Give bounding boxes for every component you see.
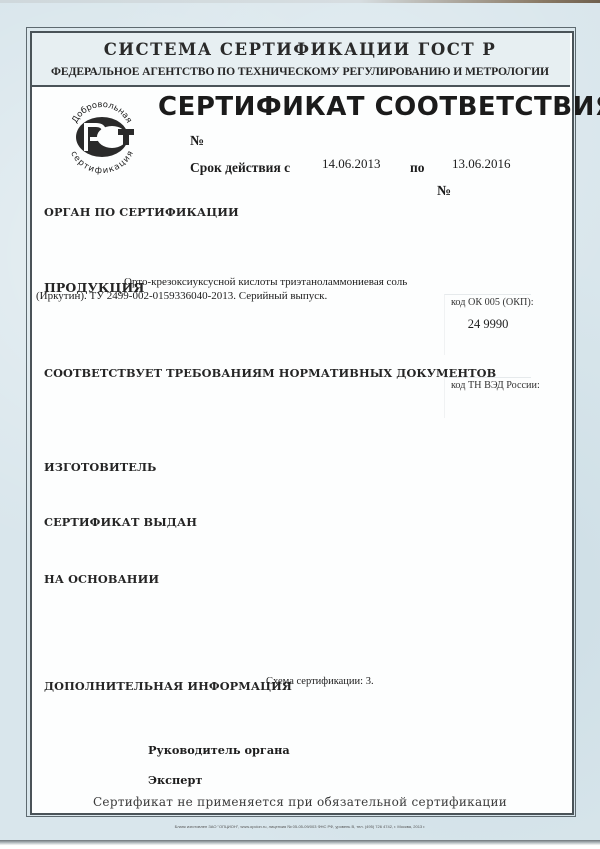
- blank-number-label: №: [437, 184, 451, 200]
- head-of-body-signature-label: Руководитель органа: [148, 743, 290, 757]
- okp-code-value: 24 9990: [445, 317, 531, 332]
- rst-logo-icon: Добровольная сертификация: [62, 95, 142, 175]
- requirements-heading: СООТВЕТСТВУЕТ ТРЕБОВАНИЯМ НОРМАТИВНЫХ ДО…: [44, 366, 496, 380]
- manufacturer-heading: ИЗГОТОВИТЕЛЬ: [44, 460, 156, 474]
- validity-label: Срок действия с: [190, 160, 290, 176]
- product-description-line1: Орто-крезоксиуксусной кислоты триэтанола…: [124, 276, 407, 288]
- okp-code-label: код ОК 005 (ОКП):: [451, 297, 534, 308]
- certification-scheme: Схема сертификации: 3.: [266, 676, 374, 687]
- basis-heading: НА ОСНОВАНИИ: [44, 572, 159, 586]
- okp-code-box: код ОК 005 (ОКП): 24 9990: [444, 294, 531, 355]
- voluntary-notice: Сертификат не применяется при обязательн…: [0, 795, 600, 809]
- agency-name: ФЕДЕРАЛЬНОЕ АГЕНТСТВО ПО ТЕХНИЧЕСКОМУ РЕ…: [0, 65, 600, 78]
- expert-signature-label: Эксперт: [148, 773, 202, 787]
- valid-to-date: 13.06.2016: [452, 156, 511, 172]
- tnved-code-box: код ТН ВЭД России:: [444, 377, 531, 418]
- valid-to-label: по: [410, 160, 425, 176]
- printer-imprint: Бланк изготовлен ЗАО "ОПЦИОН", www.opcio…: [0, 824, 600, 829]
- additional-info-heading: ДОПОЛНИТЕЛЬНАЯ ИНФОРМАЦИЯ: [44, 679, 292, 693]
- page-edge-shadow: [0, 0, 600, 3]
- valid-from-date: 14.06.2013: [322, 156, 381, 172]
- issued-to-heading: СЕРТИФИКАТ ВЫДАН: [44, 515, 197, 529]
- page-edge-shadow-bottom: [0, 840, 600, 849]
- certification-body-heading: ОРГАН ПО СЕРТИФИКАЦИИ: [44, 205, 239, 219]
- system-title: СИСТЕМА СЕРТИФИКАЦИИ ГОСТ Р: [0, 40, 600, 59]
- certificate-title: СЕРТИФИКАТ СООТВЕТСТВИЯ: [158, 92, 600, 122]
- tnved-code-label: код ТН ВЭД России:: [451, 380, 540, 391]
- product-description-line2: (Иркутин). ТУ 2499-002-0159336040-2013. …: [36, 290, 327, 302]
- certificate-number-label: №: [190, 134, 204, 150]
